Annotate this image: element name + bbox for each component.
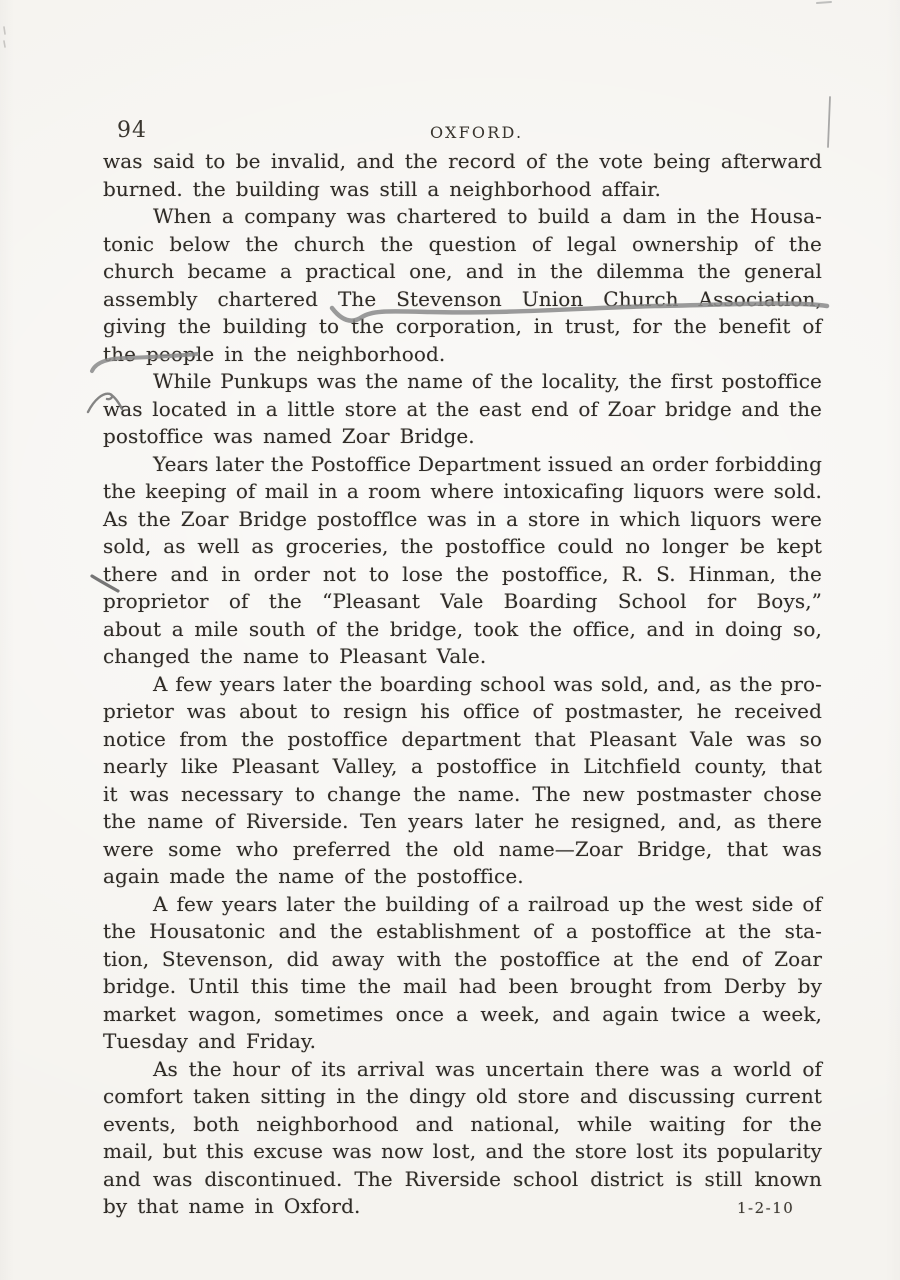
- text-line: A few years later the building of a rail…: [103, 891, 822, 919]
- text-line: the Housatonic and the establishment of …: [103, 918, 822, 946]
- text-line: giving the building to the corporation, …: [103, 313, 822, 341]
- paragraph: A few years later the building of a rail…: [103, 891, 822, 1056]
- text-line: events, both neighborhood and national, …: [103, 1111, 822, 1139]
- page-body: was said to be invalid, and the record o…: [103, 148, 822, 1221]
- text-line: the name of Riverside. Ten years later h…: [103, 808, 822, 836]
- text-line: notice from the postoffice department th…: [103, 726, 822, 754]
- text-line: burned. the building was still a neighbo…: [103, 176, 822, 204]
- text-line: proprietor of the “Pleasant Vale Boardin…: [103, 588, 822, 616]
- text-line: was located in a little store at the eas…: [103, 396, 822, 424]
- text-line: it was necessary to change the name. The…: [103, 781, 822, 809]
- text-line: about a mile south of the bridge, took t…: [103, 616, 822, 644]
- text-line: the keeping of mail in a room where into…: [103, 478, 822, 506]
- text-line: was said to be invalid, and the record o…: [103, 148, 822, 176]
- text-line: and was discontinued. The Riverside scho…: [103, 1166, 822, 1194]
- text-line: tonic below the church the question of l…: [103, 231, 822, 259]
- paragraph: was said to be invalid, and the record o…: [103, 148, 822, 203]
- text-line: Tuesday and Friday.: [103, 1028, 822, 1056]
- text-line: postoffice was named Zoar Bridge.: [103, 423, 822, 451]
- text-line: As the hour of its arrival was uncertain…: [103, 1056, 822, 1084]
- text-line: As the Zoar Bridge postofflce was in a s…: [103, 506, 822, 534]
- text-line: again made the name of the postoffice.: [103, 863, 822, 891]
- running-header: OXFORD.: [430, 123, 523, 142]
- paragraph: Years later the Postoffice Department is…: [103, 451, 822, 671]
- date-note: 1-2-10: [737, 1199, 794, 1217]
- text-line: changed the name to Pleasant Vale.: [103, 643, 822, 671]
- scan-edge-specks-icon: [4, 27, 5, 47]
- scan-corner-dash-icon: [817, 2, 831, 3]
- text-line: market wagon, sometimes once a week, and…: [103, 1001, 822, 1029]
- text-line: comfort taken sitting in the dingy old s…: [103, 1083, 822, 1111]
- text-line: assembly chartered The Stevenson Union C…: [103, 286, 822, 314]
- text-line: church became a practical one, and in th…: [103, 258, 822, 286]
- paragraph: As the hour of its arrival was uncertain…: [103, 1056, 822, 1221]
- page-number: 94: [117, 118, 147, 143]
- book-page-scan: 94 OXFORD. was said to be invalid, and t…: [0, 0, 900, 1280]
- text-line: tion, Stevenson, did away with the posto…: [103, 946, 822, 974]
- text-line: Years later the Postoffice Department is…: [103, 451, 822, 479]
- paragraph: While Punkups was the name of the locali…: [103, 368, 822, 451]
- text-line: the people in the neighborhood.: [103, 341, 822, 369]
- text-line: prietor was about to resign his office o…: [103, 698, 822, 726]
- text-line: mail, but this excuse was now lost, and …: [103, 1138, 822, 1166]
- paragraph: A few years later the boarding school wa…: [103, 671, 822, 891]
- text-line: A few years later the boarding school wa…: [103, 671, 822, 699]
- text-line: bridge. Until this time the mail had bee…: [103, 973, 822, 1001]
- text-line: there and in order not to lose the posto…: [103, 561, 822, 589]
- paragraph: When a company was chartered to build a …: [103, 203, 822, 368]
- text-line: When a company was chartered to build a …: [103, 203, 822, 231]
- scan-vertical-mark-icon: [828, 97, 830, 147]
- text-line: sold, as well as groceries, the postoffi…: [103, 533, 822, 561]
- text-line: were some who preferred the old name—Zoa…: [103, 836, 822, 864]
- text-line: by that name in Oxford.: [103, 1193, 822, 1221]
- text-line: While Punkups was the name of the locali…: [103, 368, 822, 396]
- text-line: nearly like Pleasant Valley, a postoffic…: [103, 753, 822, 781]
